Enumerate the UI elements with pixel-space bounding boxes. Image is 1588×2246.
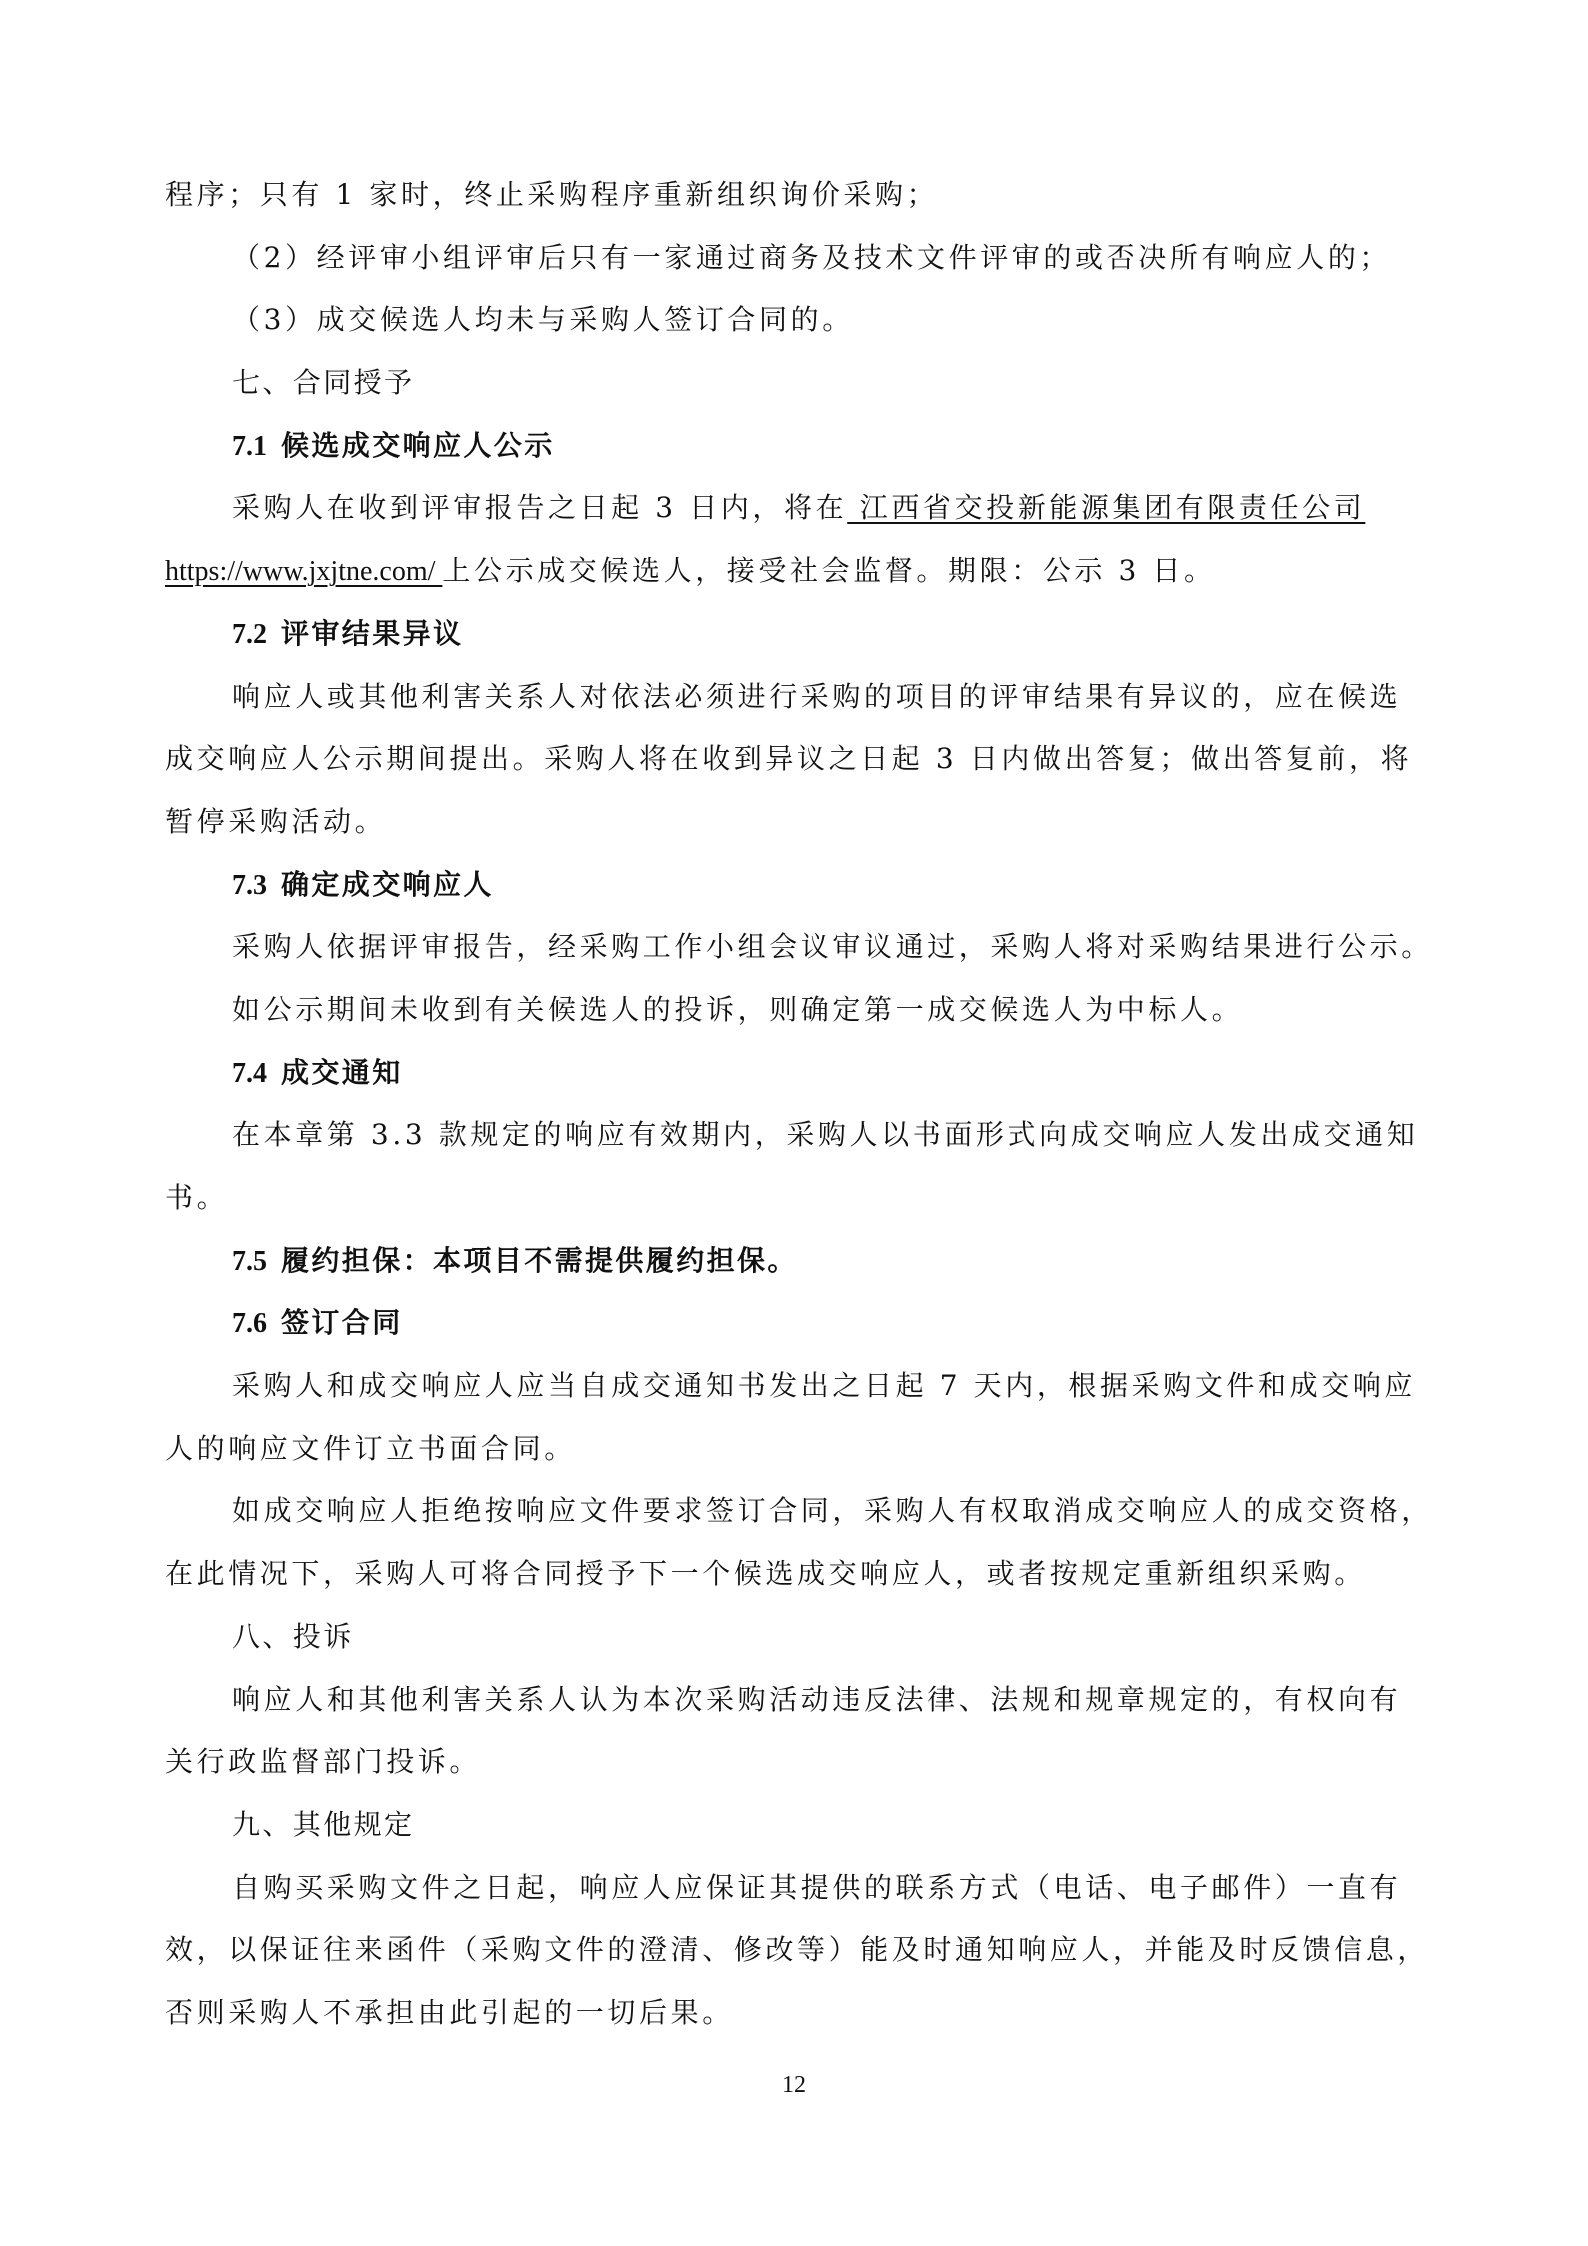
paragraph-line: 自购买采购文件之日起，响应人应保证其提供的联系方式（电话、电子邮件）一直有 <box>165 1863 1427 1926</box>
subsection-7-2-heading: 7.2评审结果异议 <box>165 609 1427 672</box>
paragraph-line: 暂停采购活动。 <box>165 797 1427 860</box>
paragraph-line: 在本章第 3.3 款规定的响应有效期内，采购人以书面形式向成交响应人发出成交通知 <box>165 1110 1427 1173</box>
subsection-title: 履约担保：本项目不需提供履约担保。 <box>281 1244 798 1277</box>
subsection-title: 候选成交响应人公示 <box>281 429 555 462</box>
paragraph-line: https://www.jxjtne.com/ 上公示成交候选人，接受社会监督。… <box>165 546 1427 609</box>
subsection-7-4-heading: 7.4成交通知 <box>165 1048 1427 1111</box>
paragraph-line: 响应人或其他利害关系人对依法必须进行采购的项目的评审结果有异议的，应在候选 <box>165 672 1427 735</box>
subsection-number: 7.4 <box>232 1058 267 1089</box>
subsection-number: 7.1 <box>232 431 267 462</box>
paragraph-line: 采购人依据评审报告，经采购工作小组会议审议通过，采购人将对采购结果进行公示。 <box>165 922 1427 985</box>
document-page: 程序；只有 1 家时，终止采购程序重新组织询价采购； （2）经评审小组评审后只有… <box>165 170 1427 2051</box>
paragraph-line: 书。 <box>165 1173 1427 1236</box>
paragraph-line: 效，以保证往来函件（采购文件的澄清、修改等）能及时通知响应人，并能及时反馈信息， <box>165 1925 1427 1988</box>
subsection-title: 签订合同 <box>281 1306 403 1339</box>
subsection-title: 确定成交响应人 <box>281 868 494 901</box>
paragraph-line: 采购人在收到评审报告之日起 3 日内，将在 江西省交投新能源集团有限责任公司 <box>165 483 1427 546</box>
subsection-7-3-heading: 7.3确定成交响应人 <box>165 860 1427 923</box>
list-item-3: （3）成交候选人均未与采购人签订合同的。 <box>165 295 1427 358</box>
paragraph-text: 采购人在收到评审报告之日起 3 日内，将在 <box>232 491 847 524</box>
paragraph-line: 如成交响应人拒绝按响应文件要求签订合同，采购人有权取消成交响应人的成交资格， <box>165 1486 1427 1549</box>
list-item-2: （2）经评审小组评审后只有一家通过商务及技术文件评审的或否决所有响应人的； <box>165 233 1427 296</box>
paragraph-line: 响应人和其他利害关系人认为本次采购活动违反法律、法规和规章规定的，有权向有 <box>165 1675 1427 1738</box>
paragraph-line: 程序；只有 1 家时，终止采购程序重新组织询价采购； <box>165 170 1427 233</box>
subsection-7-6-heading: 7.6签订合同 <box>165 1298 1427 1361</box>
paragraph-text: 上公示成交候选人，接受社会监督。期限：公示 3 日。 <box>442 554 1215 587</box>
page-number: 12 <box>0 2072 1588 2099</box>
subsection-title: 评审结果异议 <box>281 617 463 650</box>
section-7-heading: 七、合同授予 <box>165 358 1427 421</box>
subsection-number: 7.2 <box>232 619 267 650</box>
subsection-number: 7.6 <box>232 1308 267 1339</box>
paragraph-line: 否则采购人不承担由此引起的一切后果。 <box>165 1988 1427 2051</box>
subsection-title: 成交通知 <box>281 1056 403 1089</box>
company-name-link[interactable]: 江西省交投新能源集团有限责任公司 <box>847 491 1365 524</box>
subsection-number: 7.3 <box>232 870 267 901</box>
paragraph-line: 成交响应人公示期间提出。采购人将在收到异议之日起 3 日内做出答复；做出答复前，… <box>165 734 1427 797</box>
subsection-7-1-heading: 7.1候选成交响应人公示 <box>165 421 1427 484</box>
paragraph-line: 关行政监督部门投诉。 <box>165 1737 1427 1800</box>
paragraph-line: 采购人和成交响应人应当自成交通知书发出之日起 7 天内，根据采购文件和成交响应 <box>165 1361 1427 1424</box>
section-9-heading: 九、其他规定 <box>165 1800 1427 1863</box>
paragraph-line: 如公示期间未收到有关候选人的投诉，则确定第一成交候选人为中标人。 <box>165 985 1427 1048</box>
paragraph-line: 在此情况下，采购人可将合同授予下一个候选成交响应人，或者按规定重新组织采购。 <box>165 1549 1427 1612</box>
subsection-7-5-heading: 7.5履约担保：本项目不需提供履约担保。 <box>165 1236 1427 1299</box>
section-8-heading: 八、投诉 <box>165 1612 1427 1675</box>
paragraph-line: 人的响应文件订立书面合同。 <box>165 1424 1427 1487</box>
website-url-link[interactable]: https://www.jxjtne.com/ <box>165 556 442 587</box>
subsection-number: 7.5 <box>232 1246 267 1277</box>
